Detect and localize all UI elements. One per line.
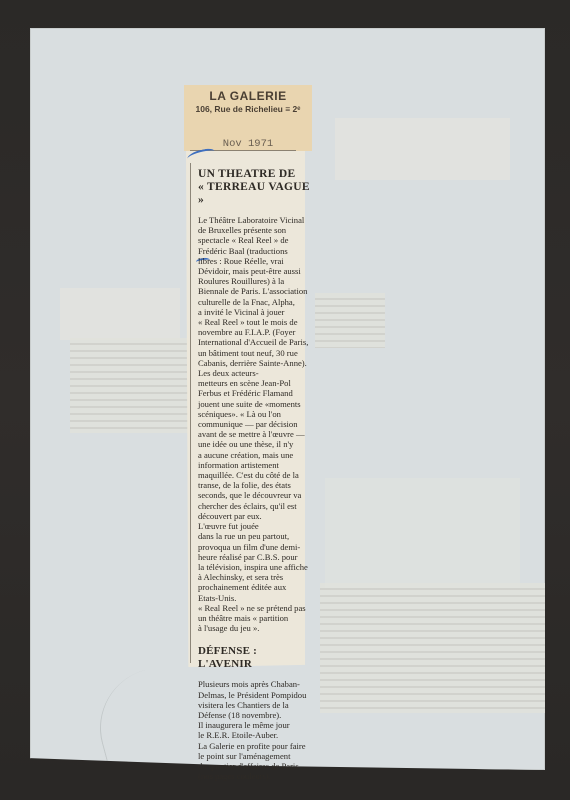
publication-address: 106, Rue de Richelieu ≡ 2ᵉ [184, 104, 312, 114]
article1-body: Le Théâtre Laboratoire Vicinal de Bruxel… [198, 215, 310, 633]
ghost-clipping-top-right [335, 118, 510, 180]
ghost-clipping-right-middle [325, 478, 520, 588]
article1-headline: UN THEATRE DE « TERREAU VAGUE » [198, 168, 310, 207]
ghost-clipping-bottom-right [320, 583, 560, 713]
article-column: UN THEATRE DE « TERREAU VAGUE » Le Théât… [198, 168, 310, 781]
publication-header-slip: LA GALERIE 106, Rue de Richelieu ≡ 2ᵉ No… [184, 85, 312, 151]
column-rule [190, 163, 191, 663]
ghost-clipping-right-faded [315, 293, 385, 348]
headline-line-2: « TERREAU VAGUE » [198, 181, 310, 206]
ghost-clipping-left-lower [70, 338, 190, 433]
headline-line-1: UN THEATRE DE [198, 168, 295, 180]
article2-headline: DÉFENSE : L'AVENIR [198, 645, 310, 671]
clipping-date: Nov 1971 [184, 138, 312, 150]
publication-name: LA GALERIE [184, 89, 312, 103]
article2-body: Plusieurs mois après Chaban- Delmas, le … [198, 679, 310, 781]
ghost-clipping-left-upper [60, 288, 180, 340]
